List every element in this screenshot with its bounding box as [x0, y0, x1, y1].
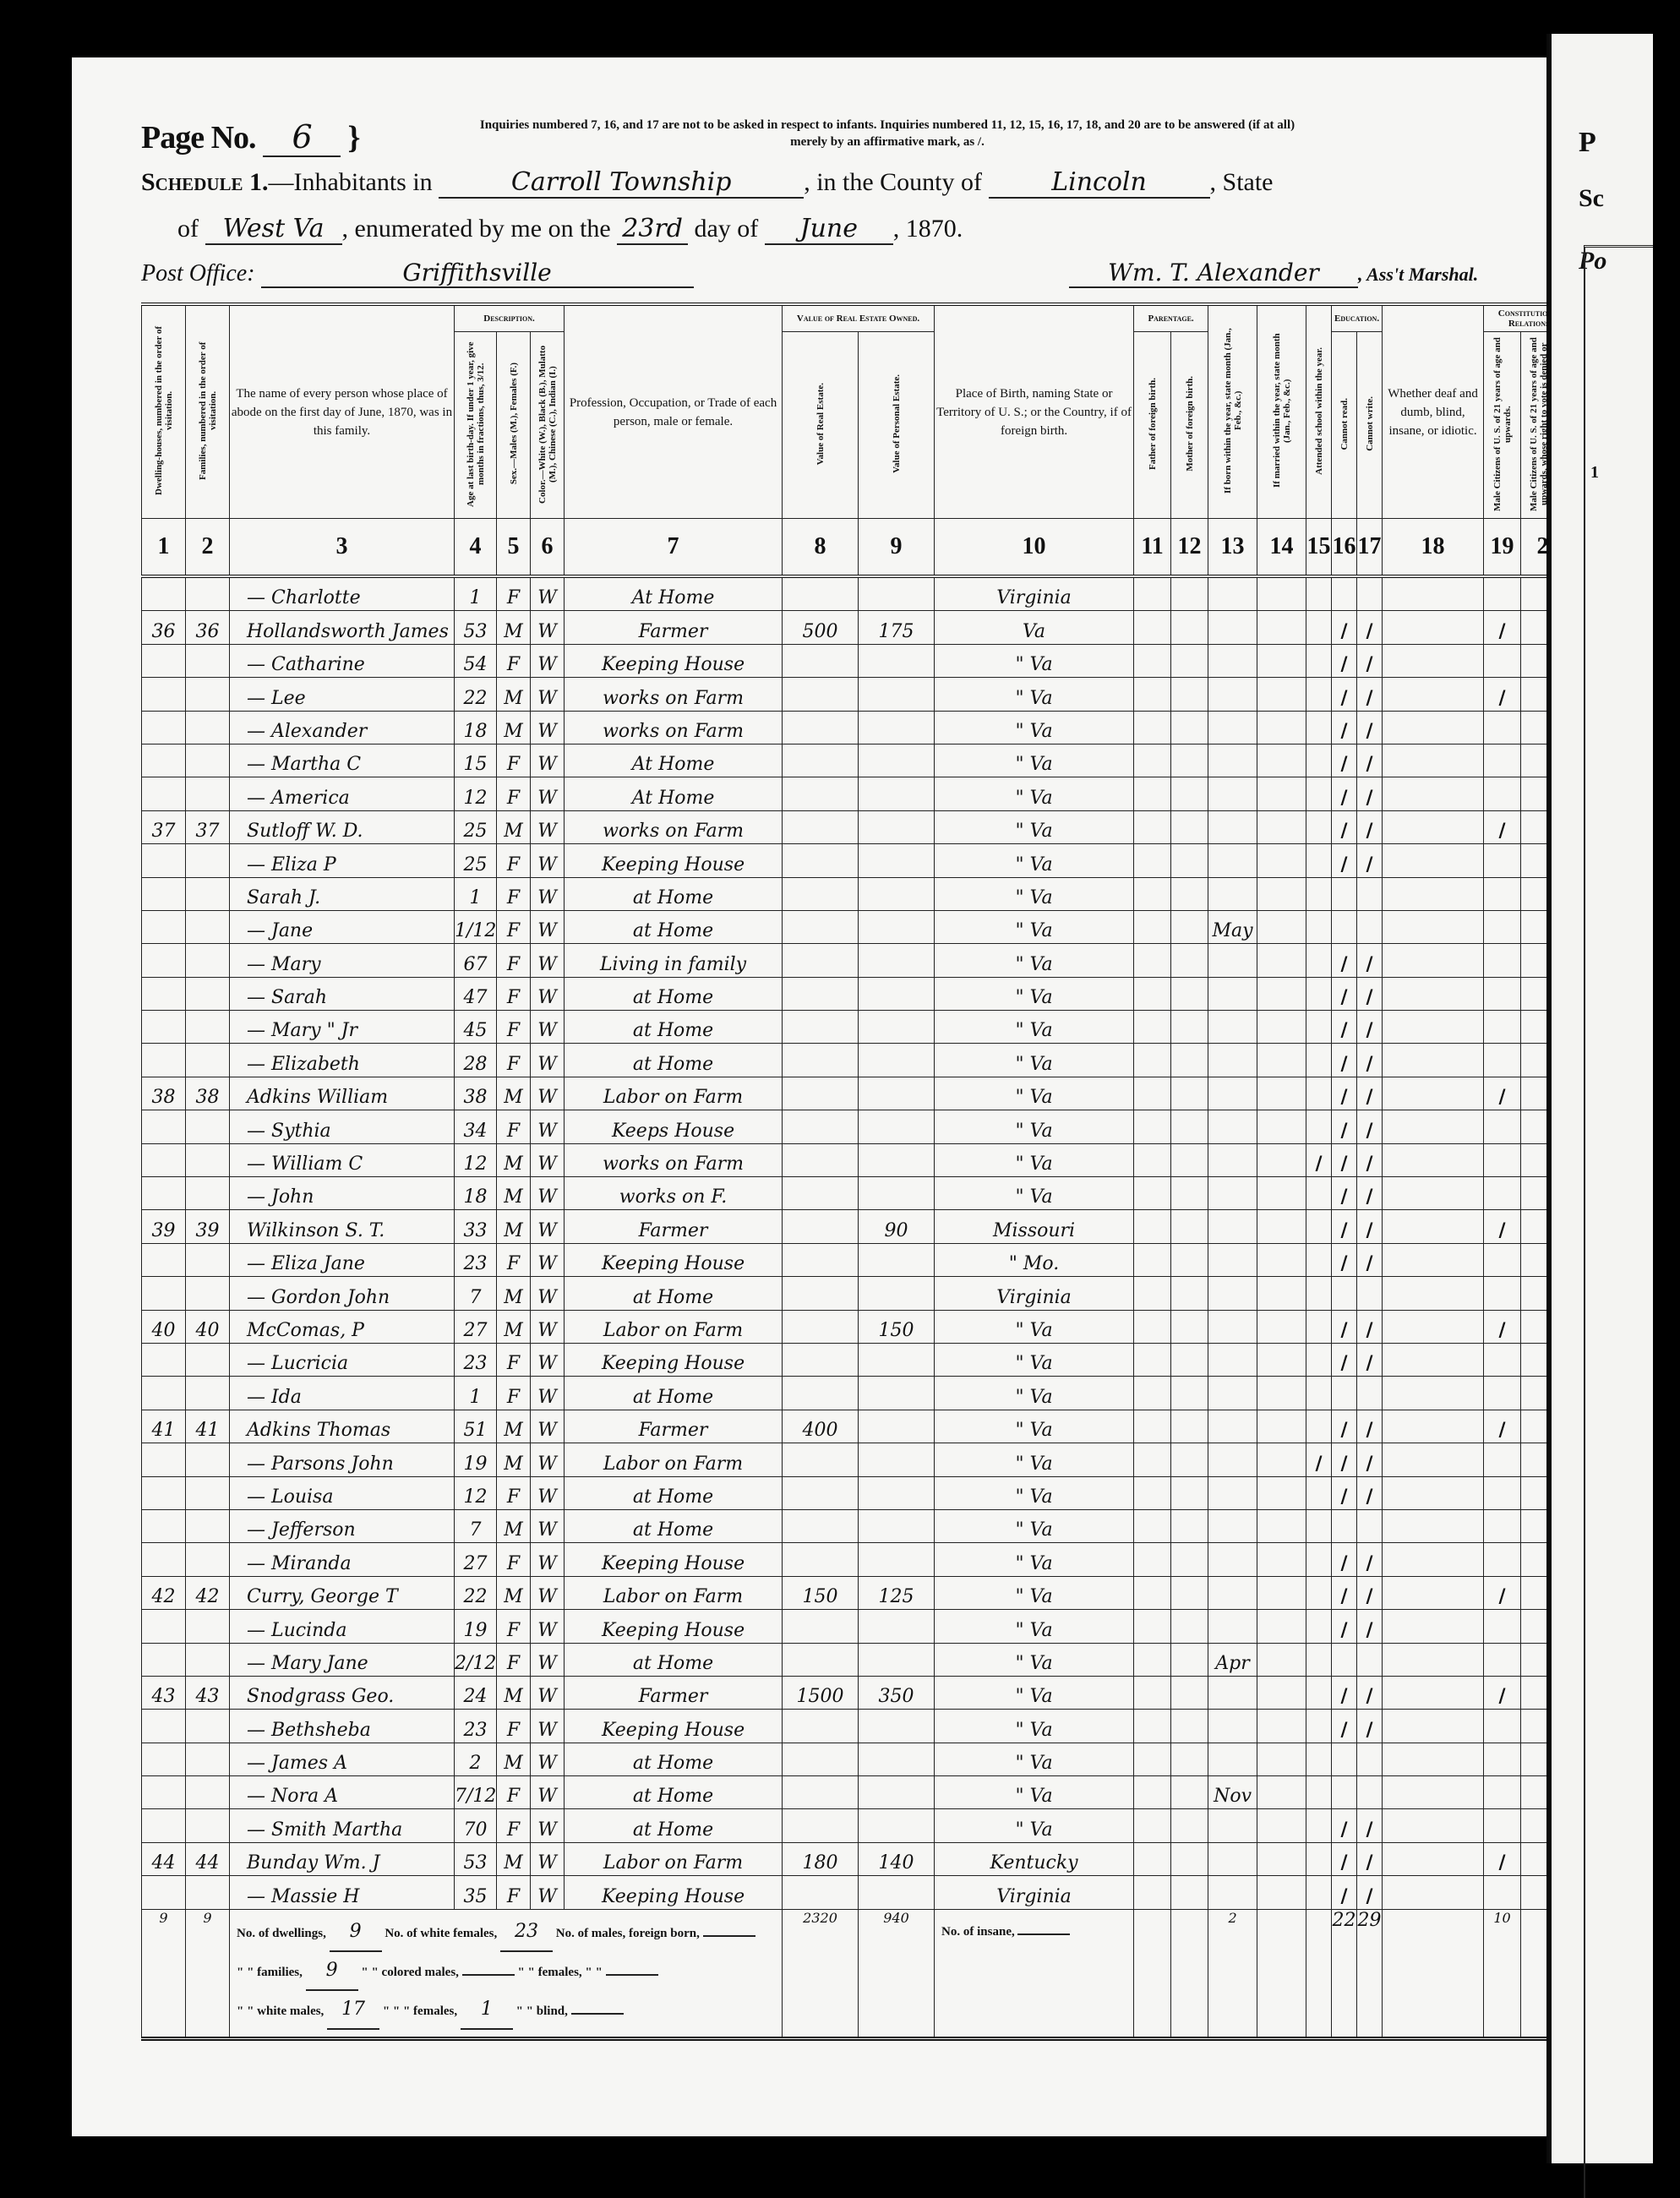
attended-school	[1306, 844, 1332, 877]
dwelling-number	[142, 1476, 186, 1509]
attended-school	[1306, 576, 1332, 611]
disability	[1383, 744, 1484, 777]
personal-estate-value	[859, 576, 935, 611]
dwellings-total: 9	[142, 1909, 186, 2038]
male-citizen	[1484, 1177, 1521, 1210]
disability	[1383, 977, 1484, 1010]
male-citizen	[1484, 1643, 1521, 1676]
family-number	[186, 644, 230, 677]
dwelling-number	[142, 1710, 186, 1743]
attended-school	[1306, 977, 1332, 1010]
personal-estate-value	[859, 810, 935, 843]
male-citizens-total: 10	[1484, 1909, 1521, 2038]
born-month	[1208, 1277, 1257, 1310]
born-month	[1208, 711, 1257, 744]
color: W	[531, 1210, 565, 1243]
age: 23	[455, 1710, 497, 1743]
born-month	[1208, 1443, 1257, 1476]
sex: M	[497, 810, 531, 843]
person-name: Adkins William	[230, 1077, 455, 1110]
father-foreign	[1134, 1710, 1171, 1743]
col-cannot-write-header: Cannot write.	[1357, 332, 1383, 519]
table-row: — Martha C15FWAt Home" Va//	[142, 744, 1577, 777]
cannot-write	[1357, 1277, 1383, 1310]
sex: F	[497, 1610, 531, 1643]
family-number	[186, 1743, 230, 1775]
personal-estate-value	[859, 1410, 935, 1443]
personal-estate-value	[859, 1509, 935, 1542]
age: 7/12	[455, 1776, 497, 1809]
mother-foreign	[1171, 1643, 1208, 1676]
cannot-read: /	[1332, 1310, 1357, 1343]
cannot-read: /	[1332, 1710, 1357, 1743]
real-estate-value	[783, 977, 859, 1010]
personal-estate-total: 940	[859, 1909, 935, 2038]
age: 12	[455, 1476, 497, 1509]
father-foreign	[1134, 1809, 1171, 1842]
mother-foreign	[1171, 977, 1208, 1010]
disability	[1383, 877, 1484, 910]
color: W	[531, 1809, 565, 1842]
color: W	[531, 777, 565, 810]
birthplace: " Va	[935, 1710, 1134, 1743]
cannot-write: /	[1357, 944, 1383, 977]
mother-foreign	[1171, 1177, 1208, 1210]
father-foreign	[1134, 611, 1171, 644]
table-row: — James A2MWat Home" Va	[142, 1743, 1577, 1775]
cannot-write: /	[1357, 810, 1383, 843]
col-born-within-year-header: If born within the year, state month (Ja…	[1208, 304, 1257, 519]
attended-school	[1306, 777, 1332, 810]
disability	[1383, 944, 1484, 977]
person-name: — Nora A	[230, 1776, 455, 1809]
cannot-write: /	[1357, 1809, 1383, 1842]
family-number	[186, 1277, 230, 1310]
married-month	[1257, 1809, 1306, 1842]
male-citizen: /	[1484, 1576, 1521, 1609]
disability	[1383, 611, 1484, 644]
occupation: Keeping House	[565, 1710, 783, 1743]
father-foreign	[1134, 711, 1171, 744]
real-estate-value	[783, 1643, 859, 1676]
personal-estate-value	[859, 678, 935, 711]
mother-foreign	[1171, 1543, 1208, 1576]
age: 1/12	[455, 910, 497, 943]
cannot-write: /	[1357, 1543, 1383, 1576]
color: W	[531, 1676, 565, 1709]
age: 54	[455, 644, 497, 677]
mother-foreign	[1171, 1676, 1208, 1709]
real-estate-value	[783, 777, 859, 810]
real-estate-value	[783, 1177, 859, 1210]
color: W	[531, 1310, 565, 1343]
col-age-header: Age at last birth-day. If under 1 year, …	[455, 332, 497, 519]
dwelling-number	[142, 1143, 186, 1176]
personal-estate-value	[859, 1710, 935, 1743]
dwelling-number	[142, 1044, 186, 1077]
occupation: Keeping House	[565, 1543, 783, 1576]
father-foreign	[1134, 1876, 1171, 1909]
person-name: Sutloff W. D.	[230, 810, 455, 843]
census-page: Page No. 6 } Inquiries numbered 7, 16, a…	[72, 57, 1546, 2136]
age: 23	[455, 1243, 497, 1276]
col-dwelling-header: Dwelling-houses, numbered in the order o…	[142, 304, 186, 519]
mother-foreign	[1171, 1776, 1208, 1809]
occupation: Keeping House	[565, 1876, 783, 1909]
table-row: 4343Snodgrass Geo.24MWFarmer1500350" Va/…	[142, 1676, 1577, 1709]
table-row: — Mary " Jr45FWat Home" Va//	[142, 1011, 1577, 1044]
real-estate-value: 500	[783, 611, 859, 644]
col-male-citizens-header: Male Citizens of U. S. of 21 years of ag…	[1484, 332, 1521, 519]
mother-foreign	[1171, 844, 1208, 877]
family-number	[186, 1643, 230, 1676]
born-month	[1208, 744, 1257, 777]
cannot-read: /	[1332, 1044, 1357, 1077]
disability	[1383, 576, 1484, 611]
real-estate-value	[783, 1443, 859, 1476]
real-estate-value	[783, 1011, 859, 1044]
table-row: 4242Curry, George T22MWLabor on Farm1501…	[142, 1576, 1577, 1609]
table-row: — Bethsheba23FWKeeping House" Va//	[142, 1710, 1577, 1743]
attended-school	[1306, 1476, 1332, 1509]
real-estate-value	[783, 1509, 859, 1542]
married-month	[1257, 611, 1306, 644]
person-name: — Lucricia	[230, 1343, 455, 1376]
cannot-read: /	[1332, 1210, 1357, 1243]
birthplace: " Va	[935, 711, 1134, 744]
color: W	[531, 1743, 565, 1775]
cannot-write: /	[1357, 1243, 1383, 1276]
dwelling-number	[142, 644, 186, 677]
mother-foreign	[1171, 1011, 1208, 1044]
attended-school	[1306, 1310, 1332, 1343]
age: 7	[455, 1277, 497, 1310]
born-month	[1208, 1543, 1257, 1576]
table-row: 4444Bunday Wm. J53MWLabor on Farm180140K…	[142, 1842, 1577, 1875]
attended-school	[1306, 611, 1332, 644]
age: 38	[455, 1077, 497, 1110]
cannot-read	[1332, 576, 1357, 611]
personal-estate-value	[859, 1077, 935, 1110]
age: 25	[455, 810, 497, 843]
born-month	[1208, 1210, 1257, 1243]
occupation: at Home	[565, 1377, 783, 1410]
father-foreign	[1134, 1643, 1171, 1676]
birthplace: " Va	[935, 910, 1134, 943]
sex: F	[497, 644, 531, 677]
born-month	[1208, 644, 1257, 677]
disability	[1383, 1077, 1484, 1110]
sex: F	[497, 977, 531, 1010]
occupation: At Home	[565, 744, 783, 777]
occupation: Keeping House	[565, 644, 783, 677]
family-number	[186, 1044, 230, 1077]
cannot-write: /	[1357, 1343, 1383, 1376]
personal-estate-value	[859, 777, 935, 810]
married-month	[1257, 1310, 1306, 1343]
person-name: — Ida	[230, 1377, 455, 1410]
father-foreign	[1134, 1410, 1171, 1443]
father-foreign	[1134, 1743, 1171, 1775]
sex: F	[497, 777, 531, 810]
table-row: — Gordon John7MWat HomeVirginia	[142, 1277, 1577, 1310]
occupation: Farmer	[565, 1410, 783, 1443]
male-citizen: /	[1484, 1210, 1521, 1243]
father-foreign	[1134, 1377, 1171, 1410]
real-estate-value	[783, 844, 859, 877]
summary-row: 9 9 No. of dwellings, 9 No. of white fem…	[142, 1909, 1577, 2038]
cannot-write: /	[1357, 1610, 1383, 1643]
sex: F	[497, 844, 531, 877]
occupation: at Home	[565, 1509, 783, 1542]
attended-school	[1306, 1277, 1332, 1310]
sex: M	[497, 1576, 531, 1609]
dwelling-number	[142, 1110, 186, 1143]
family-number: 40	[186, 1310, 230, 1343]
personal-estate-value	[859, 977, 935, 1010]
attended-school	[1306, 1643, 1332, 1676]
cannot-write: /	[1357, 1077, 1383, 1110]
mother-foreign	[1171, 910, 1208, 943]
disability	[1383, 1842, 1484, 1875]
sex: M	[497, 1443, 531, 1476]
family-number	[186, 1377, 230, 1410]
adjacent-page-fragment: P Sc Po 1	[1546, 34, 1653, 2163]
person-name: — Mary Jane	[230, 1643, 455, 1676]
census-table: Dwelling-houses, numbered in the order o…	[141, 303, 1577, 2041]
dwelling-number	[142, 1377, 186, 1410]
dwelling-number	[142, 678, 186, 711]
age: 1	[455, 576, 497, 611]
mother-foreign	[1171, 1243, 1208, 1276]
birthplace: " Va	[935, 977, 1134, 1010]
born-month	[1208, 576, 1257, 611]
personal-estate-value	[859, 877, 935, 910]
cannot-read-total: 22	[1332, 1909, 1357, 2038]
dwelling-number	[142, 711, 186, 744]
married-month	[1257, 1710, 1306, 1743]
male-citizen	[1484, 1776, 1521, 1809]
occupation: at Home	[565, 910, 783, 943]
family-number	[186, 711, 230, 744]
born-month	[1208, 1377, 1257, 1410]
father-foreign	[1134, 1776, 1171, 1809]
cannot-write: /	[1357, 1177, 1383, 1210]
person-name: — Eliza Jane	[230, 1243, 455, 1276]
person-name: — Lee	[230, 678, 455, 711]
sex: F	[497, 1809, 531, 1842]
table-row: — Louisa12FWat Home" Va//	[142, 1476, 1577, 1509]
cannot-read: /	[1332, 1143, 1357, 1176]
real-estate-value	[783, 1776, 859, 1809]
insane-count: No. of insane,	[935, 1909, 1134, 2038]
color: W	[531, 1277, 565, 1310]
father-foreign	[1134, 877, 1171, 910]
male-citizen	[1484, 644, 1521, 677]
sex: M	[497, 1143, 531, 1176]
personal-estate-value	[859, 1011, 935, 1044]
color: W	[531, 977, 565, 1010]
age: 33	[455, 1210, 497, 1243]
cannot-read: /	[1332, 678, 1357, 711]
age: 19	[455, 1610, 497, 1643]
real-estate-value: 400	[783, 1410, 859, 1443]
real-estate-value	[783, 744, 859, 777]
dwelling-number	[142, 844, 186, 877]
attended-school	[1306, 1842, 1332, 1875]
personal-estate-value	[859, 1476, 935, 1509]
mother-foreign	[1171, 1610, 1208, 1643]
age: 1	[455, 1377, 497, 1410]
birthplace: " Va	[935, 1443, 1134, 1476]
enumeration-line: of West Va, enumerated by me on the 23rd…	[177, 214, 963, 245]
married-month	[1257, 1610, 1306, 1643]
table-row: — Mary67FWLiving in family" Va//	[142, 944, 1577, 977]
real-estate-value	[783, 1077, 859, 1110]
dwelling-number	[142, 1243, 186, 1276]
person-name: — Lucinda	[230, 1610, 455, 1643]
male-citizen	[1484, 1876, 1521, 1909]
male-citizen: /	[1484, 1410, 1521, 1443]
color: W	[531, 1177, 565, 1210]
color: W	[531, 810, 565, 843]
attended-school	[1306, 1243, 1332, 1276]
occupation: works on F.	[565, 1177, 783, 1210]
birthplace: " Va	[935, 1310, 1134, 1343]
attended-school	[1306, 1011, 1332, 1044]
cannot-read: /	[1332, 977, 1357, 1010]
born-month	[1208, 678, 1257, 711]
father-foreign	[1134, 977, 1171, 1010]
sex: F	[497, 1776, 531, 1809]
dwelling-number	[142, 1343, 186, 1376]
male-citizen: /	[1484, 1842, 1521, 1875]
age: 47	[455, 977, 497, 1010]
color: W	[531, 877, 565, 910]
father-foreign	[1134, 644, 1171, 677]
family-number: 44	[186, 1842, 230, 1875]
table-row: 3838Adkins William38MWLabor on Farm" Va/…	[142, 1077, 1577, 1110]
birthplace: " Va	[935, 1543, 1134, 1576]
married-month	[1257, 1110, 1306, 1143]
real-estate-value: 1500	[783, 1676, 859, 1709]
disability	[1383, 910, 1484, 943]
personal-estate-value	[859, 1643, 935, 1676]
person-name: — Bethsheba	[230, 1710, 455, 1743]
person-name: — Sythia	[230, 1110, 455, 1143]
married-month	[1257, 1143, 1306, 1176]
attended-school	[1306, 644, 1332, 677]
age: 23	[455, 1343, 497, 1376]
family-number: 41	[186, 1410, 230, 1443]
age: 24	[455, 1676, 497, 1709]
col-father-foreign-header: Father of foreign birth.	[1134, 332, 1171, 519]
married-month	[1257, 1509, 1306, 1542]
attended-school	[1306, 1077, 1332, 1110]
personal-estate-value	[859, 1743, 935, 1775]
col-name-header: The name of every person whose place of …	[230, 304, 455, 519]
sex: M	[497, 678, 531, 711]
birthplace: " Va	[935, 877, 1134, 910]
cannot-write: /	[1357, 1842, 1383, 1875]
sex: M	[497, 1509, 531, 1542]
cannot-write: /	[1357, 1576, 1383, 1609]
table-row: Sarah J.1FWat Home" Va	[142, 877, 1577, 910]
disability	[1383, 1310, 1484, 1343]
born-month	[1208, 1809, 1257, 1842]
male-citizen	[1484, 744, 1521, 777]
mother-foreign	[1171, 1410, 1208, 1443]
attended-school	[1306, 1876, 1332, 1909]
age: 27	[455, 1543, 497, 1576]
real-estate-value	[783, 1710, 859, 1743]
birthplace: " Va	[935, 1776, 1134, 1809]
parentage-group-header: Parentage.	[1134, 304, 1208, 332]
personal-estate-value	[859, 1610, 935, 1643]
mother-foreign	[1171, 1343, 1208, 1376]
real-estate-value	[783, 1110, 859, 1143]
attended-school	[1306, 877, 1332, 910]
father-foreign	[1134, 1143, 1171, 1176]
personal-estate-value: 175	[859, 611, 935, 644]
person-name: — Charlotte	[230, 576, 455, 611]
born-month	[1208, 810, 1257, 843]
personal-estate-value	[859, 1143, 935, 1176]
mother-foreign	[1171, 1143, 1208, 1176]
table-row: — Charlotte1FWAt HomeVirginia	[142, 576, 1577, 611]
sex: F	[497, 744, 531, 777]
table-row: — John18MWworks on F." Va//	[142, 1177, 1577, 1210]
attended-school	[1306, 1177, 1332, 1210]
occupation: Labor on Farm	[565, 1576, 783, 1609]
personal-estate-value	[859, 1277, 935, 1310]
married-month	[1257, 1177, 1306, 1210]
table-row: 3636Hollandsworth James53MWFarmer500175V…	[142, 611, 1577, 644]
born-within-year-total: 2	[1208, 1909, 1257, 2038]
cannot-read: /	[1332, 1177, 1357, 1210]
real-estate-value	[783, 1243, 859, 1276]
male-citizen: /	[1484, 1676, 1521, 1709]
col-sex-header: Sex.—Males (M.), Females (F.)	[497, 332, 531, 519]
personal-estate-value	[859, 1243, 935, 1276]
cannot-read	[1332, 1277, 1357, 1310]
personal-estate-value	[859, 944, 935, 977]
cannot-write: /	[1357, 777, 1383, 810]
disability	[1383, 1776, 1484, 1809]
age: 2	[455, 1743, 497, 1775]
attended-school	[1306, 1576, 1332, 1609]
table-row: — America12FWAt Home" Va//	[142, 777, 1577, 810]
father-foreign	[1134, 777, 1171, 810]
male-citizen: /	[1484, 1077, 1521, 1110]
born-month: Apr	[1208, 1643, 1257, 1676]
disability	[1383, 777, 1484, 810]
male-citizen	[1484, 1509, 1521, 1542]
real-estate-value	[783, 711, 859, 744]
table-row: — Lucricia23FWKeeping House" Va//	[142, 1343, 1577, 1376]
occupation: At Home	[565, 576, 783, 611]
occupation: Living in family	[565, 944, 783, 977]
occupation: Keeping House	[565, 844, 783, 877]
table-row: — Ida1FWat Home" Va	[142, 1377, 1577, 1410]
father-foreign	[1134, 1509, 1171, 1542]
occupation: works on Farm	[565, 1143, 783, 1176]
table-row: — Smith Martha70FWat Home" Va//	[142, 1809, 1577, 1842]
person-name: Adkins Thomas	[230, 1410, 455, 1443]
birthplace: Virginia	[935, 1277, 1134, 1310]
table-row: — Alexander18MWworks on Farm" Va//	[142, 711, 1577, 744]
father-foreign	[1134, 1110, 1171, 1143]
